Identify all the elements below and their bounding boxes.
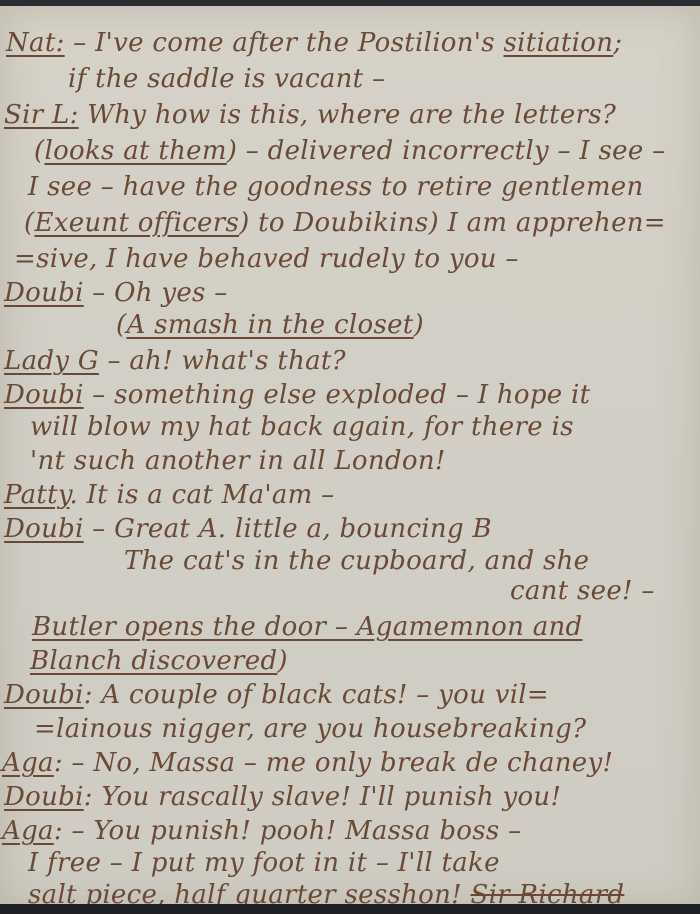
speaker-name: Aga bbox=[2, 816, 54, 846]
speaker-name: Lady G bbox=[4, 346, 99, 376]
line-21: =lainous nigger, are you housebreaking? bbox=[34, 714, 586, 744]
line-7: =sive, I have behaved rudely to you – bbox=[14, 244, 519, 274]
speaker-name: Doubi bbox=[4, 514, 84, 544]
line-25: I free – I put my foot in it – I'll take bbox=[28, 848, 500, 878]
line-9: (A smash in the closet) bbox=[116, 310, 424, 340]
line-19: Blanch discovered) bbox=[30, 646, 288, 676]
line-4: (looks at them) – delivered incorrectly … bbox=[34, 136, 665, 166]
speaker-name: Aga bbox=[2, 748, 54, 778]
speaker-name: Doubi bbox=[4, 278, 84, 308]
line-1: Nat: – I've come after the Postilion's s… bbox=[6, 28, 622, 58]
line-12: will blow my hat back again, for there i… bbox=[30, 412, 574, 442]
speaker-name: Sir L: bbox=[4, 100, 79, 130]
line-6: (Exeunt officers) to Doubikins) I am app… bbox=[24, 208, 666, 238]
manuscript-page: Nat: – I've come after the Postilion's s… bbox=[0, 6, 700, 906]
line-3: Sir L: Why how is this, where are the le… bbox=[4, 100, 616, 130]
line-10: Lady G – ah! what's that? bbox=[4, 346, 346, 376]
line-5: I see – have the goodness to retire gent… bbox=[28, 172, 644, 202]
speaker-name: Doubi bbox=[4, 782, 84, 812]
line-17: cant see! – bbox=[510, 576, 655, 606]
line-24: Aga: – You punish! pooh! Massa boss – bbox=[2, 816, 521, 846]
line-11: Doubi – something else exploded – I hope… bbox=[4, 380, 590, 410]
speaker-name: Doubi bbox=[4, 680, 84, 710]
line-14: Patty. It is a cat Ma'am – bbox=[4, 480, 334, 510]
speaker-name: Doubi bbox=[4, 380, 84, 410]
line-22: Aga: – No, Massa – me only break de chan… bbox=[2, 748, 613, 778]
speaker-name: Nat: bbox=[6, 28, 65, 58]
line-16: The cat's in the cupboard, and she bbox=[124, 546, 589, 576]
line-2: if the saddle is vacant – bbox=[68, 64, 385, 94]
speaker-name: Patty bbox=[4, 480, 69, 510]
line-15: Doubi – Great A. little a, bouncing B bbox=[4, 514, 492, 544]
line-13: 'nt such another in all London! bbox=[30, 446, 446, 476]
line-20: Doubi: A couple of black cats! – you vil… bbox=[4, 680, 549, 710]
line-8: Doubi – Oh yes – bbox=[4, 278, 228, 308]
scan-background-edge bbox=[0, 904, 700, 914]
line-23: Doubi: You rascally slave! I'll punish y… bbox=[4, 782, 561, 812]
line-18: Butler opens the door – Agamemnon and bbox=[32, 612, 583, 642]
